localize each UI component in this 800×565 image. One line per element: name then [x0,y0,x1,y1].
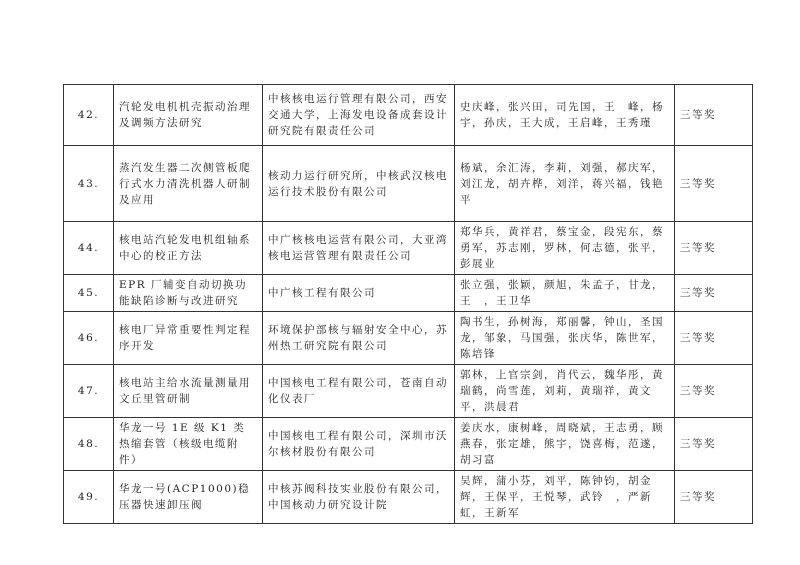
project-name: 核电站汽轮发电机组轴系中心的校正方法 [114,222,263,275]
row-number: 43. [64,146,114,222]
row-number: 42. [64,85,114,146]
project-name: 核电站主给水流量测量用文丘里管研制 [114,365,263,418]
document-page: 42. 汽轮发电机机壳振动治理及调频方法研究 中核核电运行管理有限公司，西安交通… [0,0,800,565]
award-level: 三等奖 [675,222,753,275]
table-row: 43. 蒸汽发生器二次侧管板爬行式水力清洗机器人研制及应用 核动力运行研究所，中… [64,146,753,222]
completing-units: 核动力运行研究所，中核武汉核电运行技术股份有限公司 [263,146,455,222]
completing-units: 环境保护部核与辐射安全中心，苏州热工研究院有限公司 [263,312,455,365]
project-name: EPR 厂辅变自动切换功能缺陷诊断与改进研究 [114,275,263,312]
project-name: 华龙一号 1E 级 K1 类热缩套管（核级电缆附件） [114,418,263,471]
table-row: 47. 核电站主给水流量测量用文丘里管研制 中国核电工程有限公司，苍南自动化仪表… [64,365,753,418]
project-name: 华龙一号(ACP1000)稳压器快速卸压阀 [114,471,263,524]
award-level: 三等奖 [675,85,753,146]
completing-people: 姜庆水，康树峰，周晓斌，王志勇，顾燕春，张定雄，熊宇，饶喜梅，范遂，胡习富 [455,418,675,471]
award-level: 三等奖 [675,471,753,524]
project-name: 汽轮发电机机壳振动治理及调频方法研究 [114,85,263,146]
row-number: 46. [64,312,114,365]
award-level: 三等奖 [675,365,753,418]
completing-units: 中广核核电运营有限公司，大亚湾核电运营管理有限责任公司 [263,222,455,275]
completing-people: 陶书生，孙树海，郑丽馨，钟山，圣国龙，邹象，马国强，张庆华，陈世军，陈培锋 [455,312,675,365]
completing-people: 郑华兵，黄祥君，蔡宝金，段宪东，蔡勇军，苏志刚，罗林，何志德，张平，彭展业 [455,222,675,275]
table-row: 49. 华龙一号(ACP1000)稳压器快速卸压阀 中核苏阀科技实业股份有限公司… [64,471,753,524]
row-number: 44. [64,222,114,275]
row-number: 48. [64,418,114,471]
project-name: 核电厂异常重要性判定程序开发 [114,312,263,365]
award-level: 三等奖 [675,146,753,222]
completing-people: 郭林，上官宗剑，肖代云，魏华彤，黄瑞鹤，尚雪莲，刘莉，黄瑞祥，黄文平，洪晨君 [455,365,675,418]
completing-units: 中国核电工程有限公司，苍南自动化仪表厂 [263,365,455,418]
award-level: 三等奖 [675,418,753,471]
award-level: 三等奖 [675,312,753,365]
table-row: 44. 核电站汽轮发电机组轴系中心的校正方法 中广核核电运营有限公司，大亚湾核电… [64,222,753,275]
awards-table: 42. 汽轮发电机机壳振动治理及调频方法研究 中核核电运行管理有限公司，西安交通… [63,84,753,524]
project-name: 蒸汽发生器二次侧管板爬行式水力清洗机器人研制及应用 [114,146,263,222]
completing-units: 中广核工程有限公司 [263,275,455,312]
completing-people: 张立强，张颖，颜旭，朱孟子，甘龙，王 ，王卫华 [455,275,675,312]
completing-people: 杨斌，余汇涛，李莉，刘强，郝庆军，刘江龙，胡卉桦，刘洋，蒋兴福，钱艳平 [455,146,675,222]
award-level: 三等奖 [675,275,753,312]
completing-people: 吴辉，蒲小芬，刘平，陈钟钧，胡金辉，王保平，王悦琴，武铃 ，严新虹，王新军 [455,471,675,524]
completing-units: 中核核电运行管理有限公司，西安交通大学，上海发电设备成套设计研究院有限责任公司 [263,85,455,146]
table-row: 46. 核电厂异常重要性判定程序开发 环境保护部核与辐射安全中心，苏州热工研究院… [64,312,753,365]
row-number: 47. [64,365,114,418]
completing-units: 中核苏阀科技实业股份有限公司，中国核动力研究设计院 [263,471,455,524]
row-number: 45. [64,275,114,312]
row-number: 49. [64,471,114,524]
table-row: 42. 汽轮发电机机壳振动治理及调频方法研究 中核核电运行管理有限公司，西安交通… [64,85,753,146]
completing-units: 中国核电工程有限公司，深圳市沃尔核材股份有限公司 [263,418,455,471]
completing-people: 史庆峰，张兴田，司先国，王 峰，杨宇，孙庆，王大成，王启峰，王秀瑾 [455,85,675,146]
table-row: 48. 华龙一号 1E 级 K1 类热缩套管（核级电缆附件） 中国核电工程有限公… [64,418,753,471]
table-row: 45. EPR 厂辅变自动切换功能缺陷诊断与改进研究 中广核工程有限公司 张立强… [64,275,753,312]
